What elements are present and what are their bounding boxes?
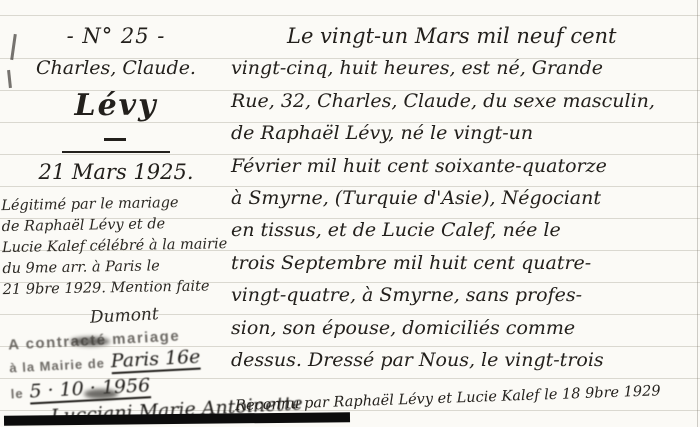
surname-underline <box>62 151 170 153</box>
act-body-line: vingt-quatre, à Smyrne, sans profes- <box>231 279 699 311</box>
ink-smudge <box>84 389 118 399</box>
act-body-line: trois Septembre mil huit cent quatre- <box>231 247 699 279</box>
act-body-line: Février mil huit cent soixante-quatorze <box>231 150 699 182</box>
given-names: Charles, Claude. <box>0 57 232 79</box>
act-body-line: Le vingt-un Mars mil neuf cent <box>231 20 699 52</box>
marriage-stamp: A contracté mariage à la Mairie de Paris… <box>8 324 263 427</box>
act-body: Le vingt-un Mars mil neuf cent vingt-cin… <box>231 20 699 376</box>
act-body-line: vingt-cinq, huit heures, est né, Grande <box>231 52 699 84</box>
stamp-mairie-value: Paris 16e <box>110 346 201 375</box>
act-body-line: dessus. Dressé par Nous, le vingt-trois <box>231 344 699 376</box>
act-body-line: de Raphaël Lévy, né le vingt-un <box>231 117 699 149</box>
act-body-line: à Smyrne, (Turquie d'Asie), Négociant <box>231 182 699 214</box>
margin-column: - N° 25 - Charles, Claude. Lévy 21 Mars … <box>0 0 232 427</box>
scanned-birth-record: - N° 25 - Charles, Claude. Lévy 21 Mars … <box>0 0 700 427</box>
recognition-note: Reconnu par Raphaël Lévy et Lucie Kalef … <box>235 382 700 414</box>
act-date: 21 Mars 1925. <box>0 160 232 184</box>
surname-dash <box>104 138 126 141</box>
act-number: - N° 25 - <box>0 24 232 48</box>
act-body-line: en tissus, et de Lucie Calef, née le <box>231 214 699 246</box>
act-body-line: sion, son épouse, domiciliés comme <box>231 312 699 344</box>
officer-signature: Dumont <box>90 304 160 328</box>
marginal-legitimation-note: Légitimé par le mariage de Raphaël Lévy … <box>1 192 241 301</box>
marginal-note-line: 21 9bre 1929. Mention faite <box>3 276 241 301</box>
marginal-note-line: Lucie Kalef célébré à la mairie <box>2 234 240 259</box>
stamp-date-label: le <box>10 386 24 402</box>
act-body-line: Rue, 32, Charles, Claude, du sexe mascul… <box>231 85 699 117</box>
ink-smudge <box>70 337 110 346</box>
surname: Lévy <box>0 88 232 123</box>
stamp-mairie-label: à la Mairie de <box>9 356 105 376</box>
